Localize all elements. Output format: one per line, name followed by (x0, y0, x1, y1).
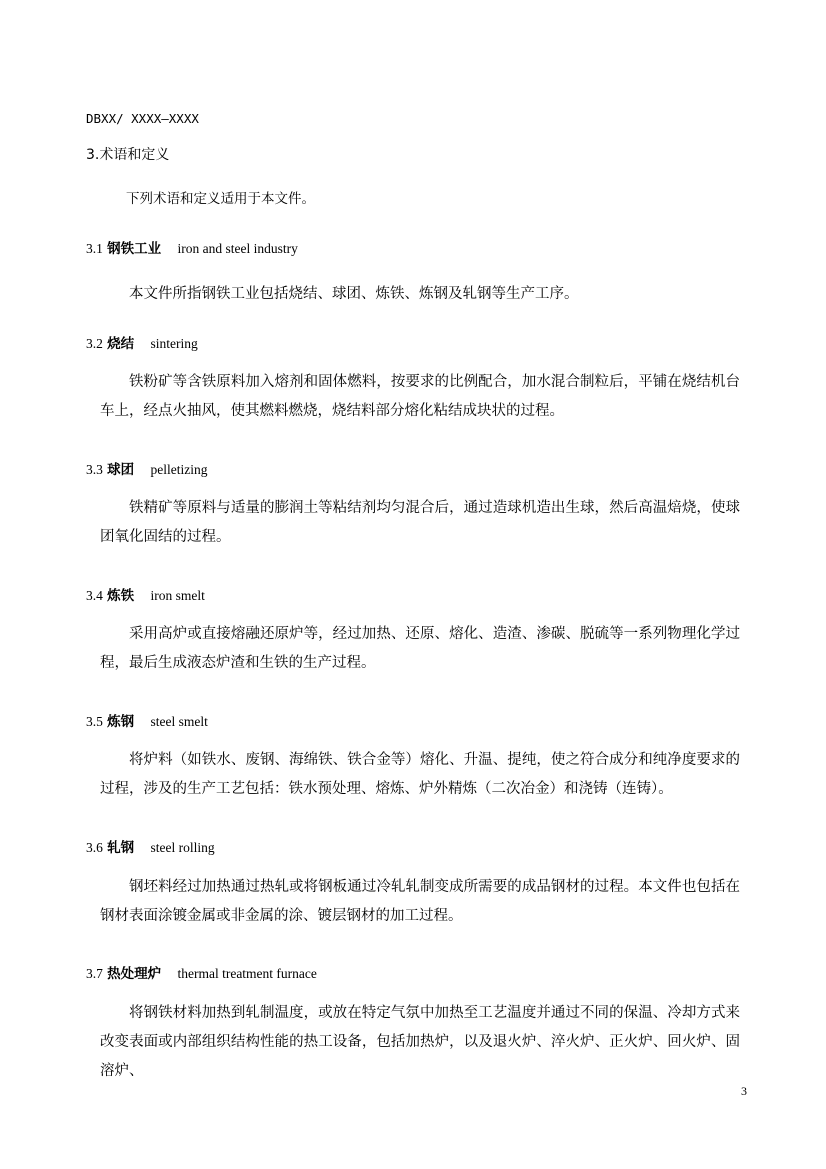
term-chinese: 球团 (107, 462, 134, 478)
term-definition: 将钢铁材料加热到轧制温度，或放在特定气氛中加热至工艺温度并通过不同的保温、冷却方… (100, 999, 740, 1086)
term-number: 3.3 (86, 462, 103, 477)
term-number: 3.2 (86, 336, 103, 351)
term-definition: 将炉料（如铁水、废钢、海绵铁、铁合金等）熔化、升温、提纯，使之符合成分和纯净度要… (100, 746, 740, 804)
term-heading-iron-steel-industry: 3.1 钢铁工业 iron and steel industry (86, 237, 298, 257)
section-title: 3.术语和定义 (86, 144, 169, 164)
term-english: pelletizing (150, 462, 207, 477)
term-number: 3.7 (86, 966, 103, 981)
term-chinese: 炼钢 (107, 714, 134, 730)
term-english: steel rolling (150, 840, 214, 855)
term-definition: 采用高炉或直接熔融还原炉等，经过加热、还原、熔化、造渣、渗碳、脱硫等一系列物理化… (100, 620, 740, 678)
term-heading-sintering: 3.2 烧结 sintering (86, 332, 198, 352)
term-definition: 钢坯料经过加热通过热轧或将钢板通过冷轧轧制变成所需要的成品钢材的过程。本文件也包… (100, 873, 740, 931)
term-english: iron and steel industry (177, 241, 297, 256)
term-english: steel smelt (150, 714, 207, 729)
term-english: iron smelt (150, 588, 204, 603)
term-chinese: 钢铁工业 (107, 241, 161, 257)
term-heading-iron-smelt: 3.4 炼铁 iron smelt (86, 584, 205, 604)
term-number: 3.4 (86, 588, 103, 603)
term-heading-steel-smelt: 3.5 炼钢 steel smelt (86, 710, 208, 730)
document-page: DBXX/ XXXX—XXXX 3.术语和定义 下列术语和定义适用于本文件。 3… (0, 0, 826, 1169)
term-number: 3.5 (86, 714, 103, 729)
term-heading-thermal-treatment-furnace: 3.7 热处理炉 thermal treatment furnace (86, 962, 317, 982)
term-number: 3.6 (86, 840, 103, 855)
term-chinese: 轧钢 (107, 840, 134, 856)
term-heading-steel-rolling: 3.6 轧钢 steel rolling (86, 836, 215, 856)
term-heading-pelletizing: 3.3 球团 pelletizing (86, 458, 207, 478)
term-definition: 本文件所指钢铁工业包括烧结、球团、炼铁、炼钢及轧钢等生产工序。 (100, 280, 740, 309)
term-chinese: 烧结 (107, 336, 134, 352)
term-english: sintering (150, 336, 197, 351)
term-chinese: 热处理炉 (107, 966, 161, 982)
term-chinese: 炼铁 (107, 588, 134, 604)
document-code: DBXX/ XXXX—XXXX (86, 111, 199, 126)
term-definition: 铁粉矿等含铁原料加入熔剂和固体燃料，按要求的比例配合，加水混合制粒后，平铺在烧结… (100, 368, 740, 426)
page-number: 3 (741, 1084, 747, 1099)
term-number: 3.1 (86, 241, 103, 256)
term-english: thermal treatment furnace (177, 966, 316, 981)
term-definition: 铁精矿等原料与适量的膨润土等粘结剂均匀混合后，通过造球机造出生球，然后高温焙烧，… (100, 494, 740, 552)
section-intro: 下列术语和定义适用于本文件。 (126, 187, 315, 207)
